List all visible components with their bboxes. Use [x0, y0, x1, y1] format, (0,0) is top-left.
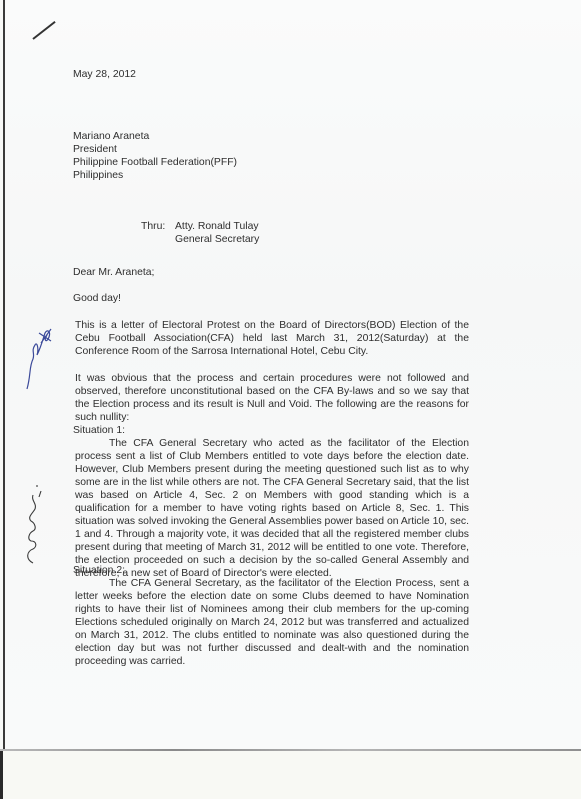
- pen-mark-icon: [32, 21, 55, 40]
- greeting: Good day!: [73, 292, 121, 305]
- scan-background: [0, 751, 581, 799]
- recipient-organization: Philippine Football Federation(PFF): [73, 156, 237, 169]
- recipient-title: President: [73, 143, 117, 156]
- recipient-name: Mariano Araneta: [73, 130, 149, 143]
- salutation: Dear Mr. Araneta;: [73, 266, 154, 279]
- handwritten-initials-icon: [23, 325, 55, 393]
- situation-2-heading: Situation 2:: [73, 564, 125, 577]
- thru-name: Atty. Ronald Tulay: [175, 220, 259, 233]
- thru-label: Thru:: [141, 220, 165, 233]
- situation-2-body: The CFA General Secretary, as the facili…: [75, 577, 469, 668]
- handwritten-signature-icon: [21, 485, 45, 565]
- situation-1-heading: Situation 1:: [73, 424, 125, 437]
- letter-date: May 28, 2012: [73, 68, 136, 81]
- scanned-letter-page: May 28, 2012 Mariano Araneta President P…: [3, 0, 581, 749]
- paragraph-intro: This is a letter of Electoral Protest on…: [75, 319, 469, 358]
- situation-1-body: The CFA General Secretary who acted as t…: [75, 437, 469, 581]
- thru-title: General Secretary: [175, 233, 259, 246]
- paragraph-nullity: It was obvious that the process and cert…: [75, 372, 469, 424]
- recipient-country: Philippines: [73, 169, 123, 182]
